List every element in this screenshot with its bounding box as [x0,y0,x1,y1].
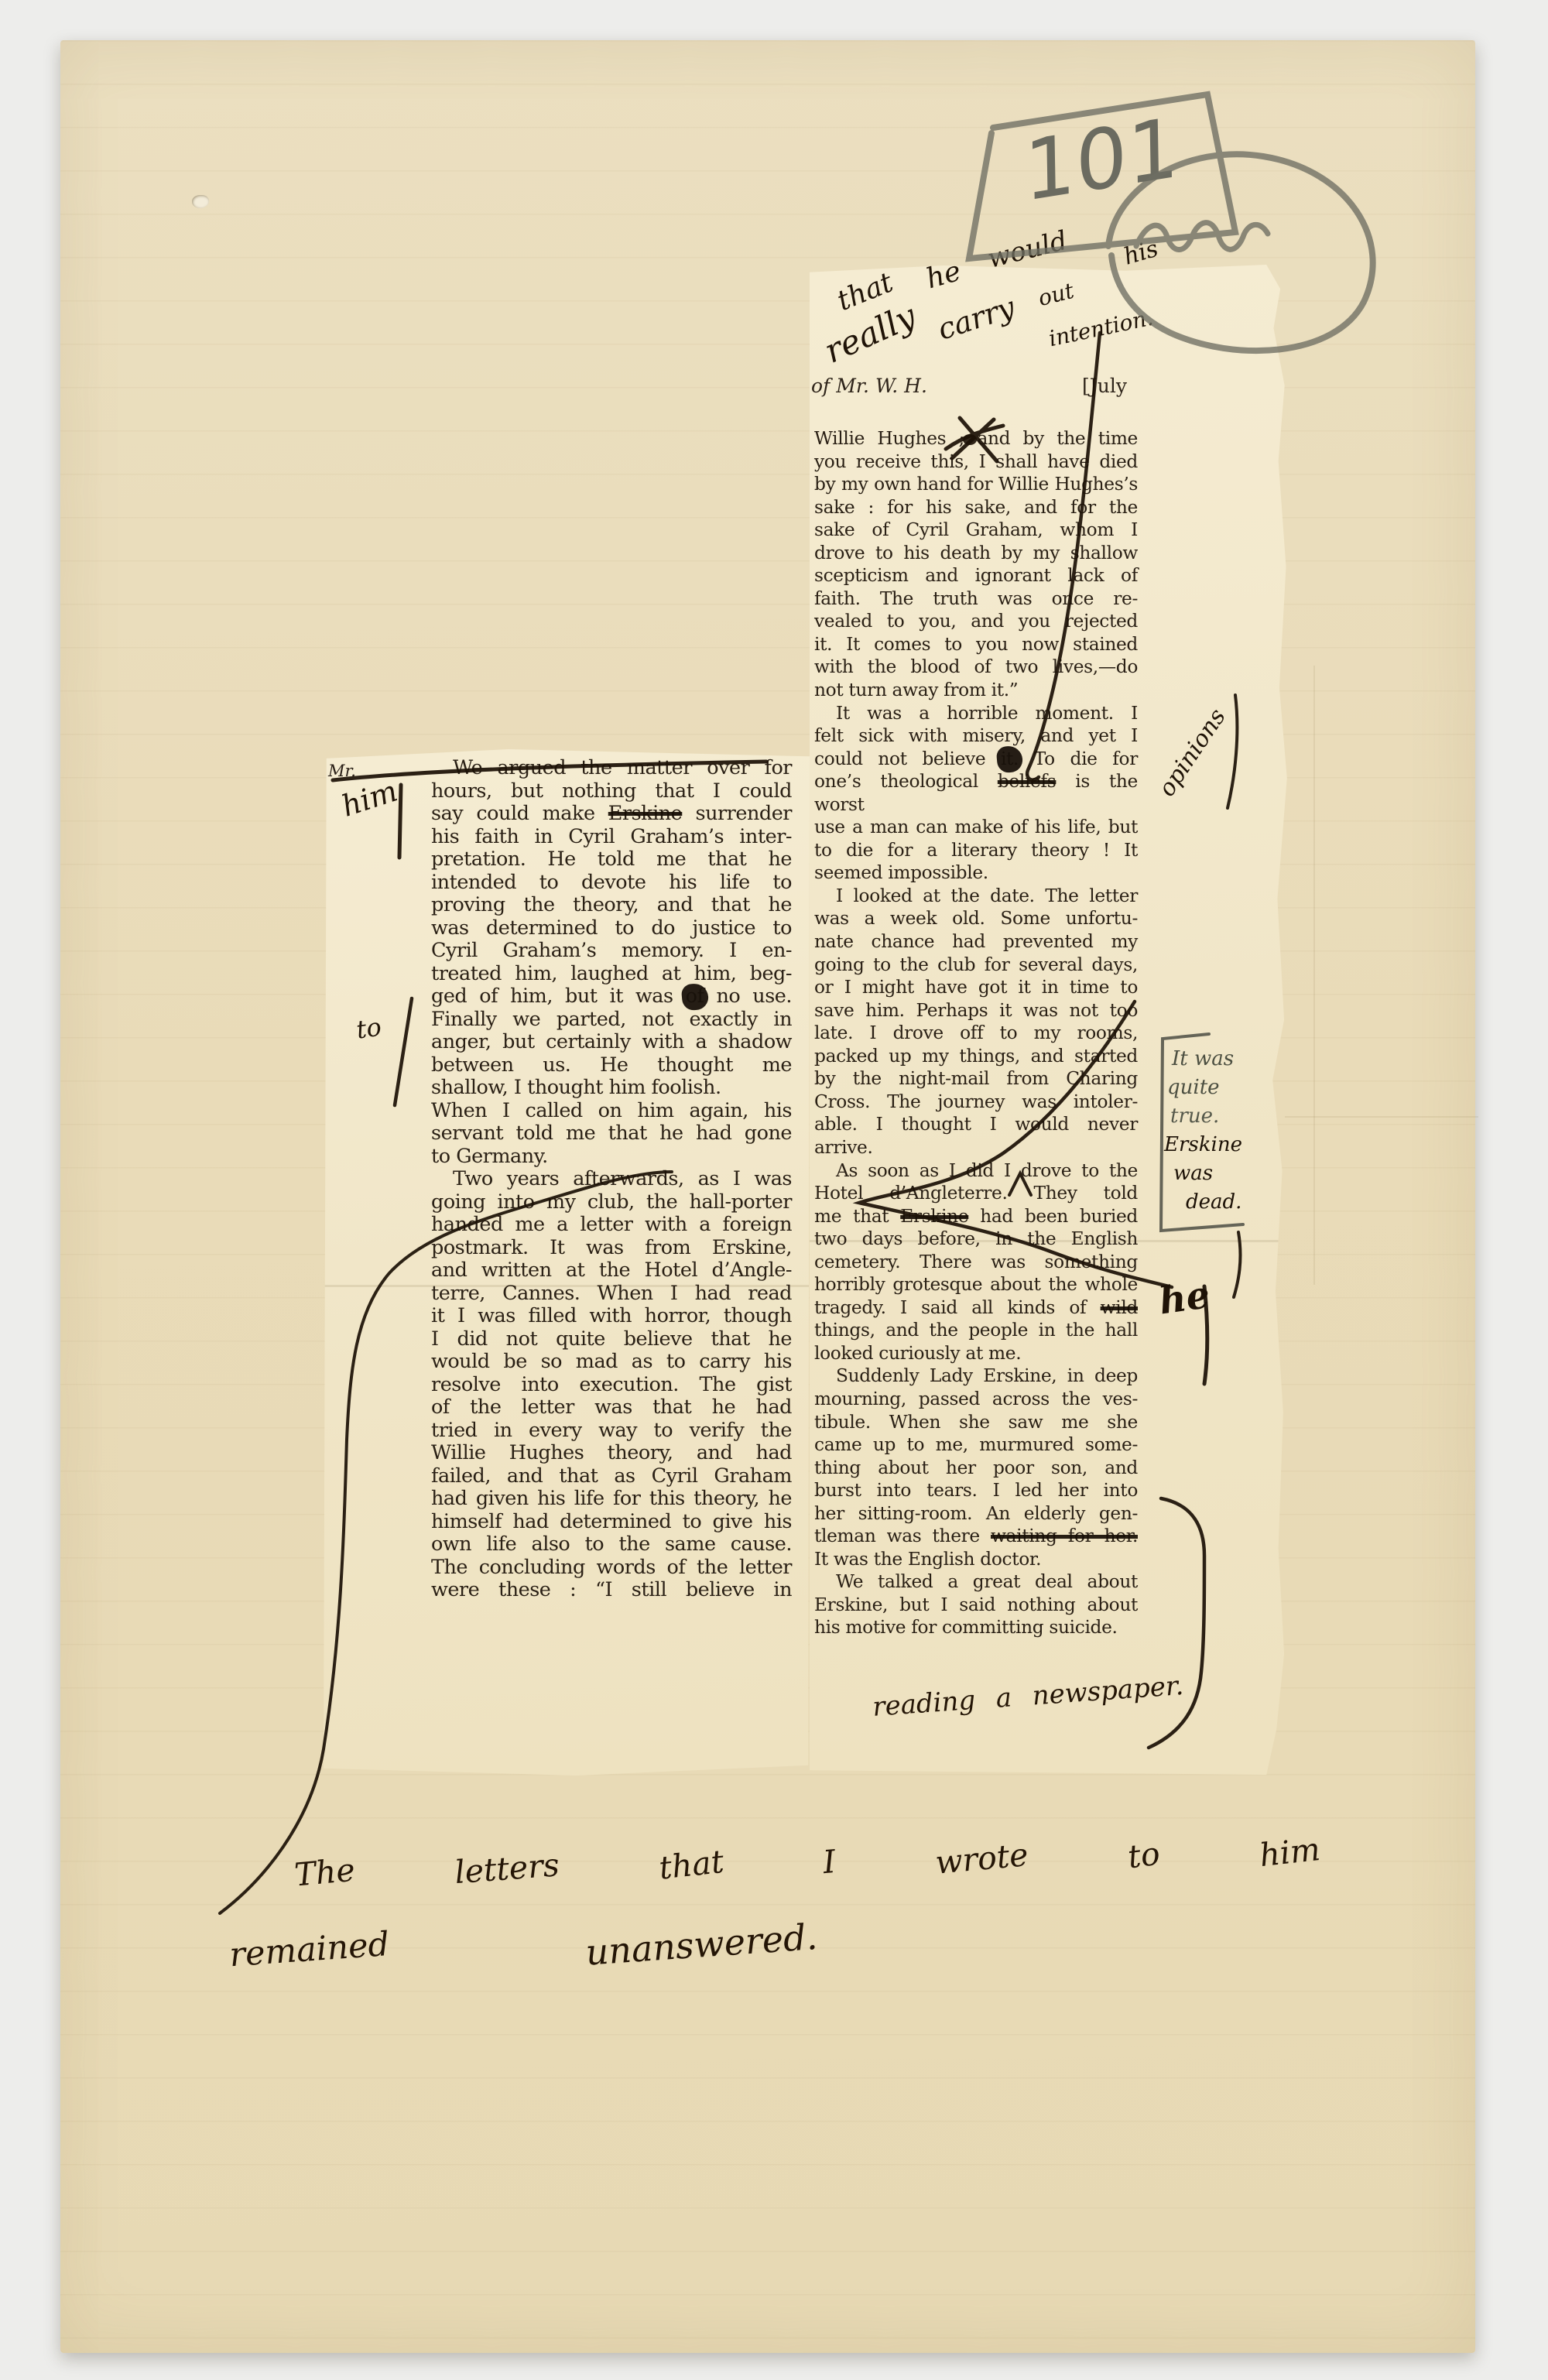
print-line: tibule. When she saw me she [814,1411,1138,1434]
printed-column-right: Willie Hughes ; and by the timeyou recei… [814,427,1138,1639]
print-line: his faith in Cyril Graham’s inter- [431,826,792,849]
print-line: going to the club for several days, [814,954,1138,977]
running-head-title: of Mr. W. H. [811,375,927,397]
margin-note-to: to [354,1012,383,1045]
print-line: her sitting-room. An elderly gen- [814,1502,1138,1526]
print-line: tleman was there waiting for her. [814,1525,1138,1548]
print-line: thing about her poor son, and [814,1457,1138,1480]
print-line: shallow, I thought him foolish. [431,1077,792,1100]
print-line: postmark. It was from Erskine, [431,1237,792,1260]
print-line: his motive for committing suicide. [814,1616,1138,1639]
struck-print-fragment: Mr. [328,762,356,780]
print-line: between us. He thought me [431,1054,792,1077]
print-line: was determined to do justice to [431,917,792,940]
print-line: able. I thought I would never [814,1113,1138,1136]
margin-note-box-line: was [1173,1159,1266,1188]
print-line: Cyril Graham’s memory. I en- [431,940,792,963]
print-line: felt sick with misery, and yet I [814,724,1138,748]
print-line: sake of Cyril Graham, whom I [814,519,1138,542]
print-line: scepticism and ignorant lack of [814,564,1138,587]
print-line: one’s theological beliefs is the worst [814,770,1138,816]
print-line: not turn away from it.” [814,679,1138,702]
print-line: and written at the Hotel d’Angle- [431,1259,792,1282]
margin-note-box-line: It was [1172,1045,1266,1074]
print-line: cemetery. There was something [814,1251,1138,1274]
print-line: you receive this, I shall have died [814,450,1138,474]
struck-word: Erskine [608,802,683,825]
print-line: hours, but nothing that I could [431,780,792,803]
print-line: It was the English doctor. [814,1548,1138,1571]
crease [1285,1116,1478,1118]
print-line: two days before, in the English [814,1228,1138,1251]
print-line: late. I drove off to my rooms, [814,1022,1138,1045]
print-line: say could make Erskine surrender [431,803,792,826]
print-line: to die for a literary theory ! It [814,839,1138,862]
print-line: It was a horrible moment. I [814,702,1138,725]
print-line: Willie Hughes ; and by the time [814,427,1138,450]
print-line: going into my club, the hall-porter [431,1191,792,1214]
printed-column-left: We argued the matter over forhours, but … [431,757,792,1602]
print-line: Willie Hughes theory, and had [431,1442,792,1465]
print-line: himself had determined to give his [431,1511,792,1534]
manuscript-scan: of Mr. W. H. [July Mr. We argued the mat… [0,0,1548,2380]
print-line: tragedy. I said all kinds of wild [814,1296,1138,1320]
print-line: sake : for his sake, and for the [814,496,1138,519]
print-line: I looked at the date. The letter [814,885,1138,908]
print-line: Cross. The journey was intoler- [814,1091,1138,1114]
blotted-word: it. [1001,748,1019,771]
print-line: handed me a letter with a foreign [431,1214,792,1237]
print-line: faith. The truth was once re- [814,587,1138,611]
print-line: with the blood of two lives,—do [814,656,1138,679]
print-line: arrive. [814,1136,1138,1159]
print-line: looked curiously at me. [814,1342,1138,1365]
print-line: were these : “I still believe in [431,1579,792,1602]
crease [1313,666,1315,1285]
bottom-word: that [657,1843,726,1887]
print-line: had given his life for this theory, he [431,1488,792,1511]
print-line: drove to his death by my shallow [814,542,1138,565]
print-line: could not believe it. To die for [814,748,1138,771]
print-line: mourning, passed across the ves- [814,1388,1138,1411]
print-line: things, and the people in the hall [814,1319,1138,1342]
bottom-word: him [1257,1830,1321,1874]
print-line: nate chance had prevented my [814,930,1138,954]
print-line: The concluding words of the letter [431,1556,792,1580]
print-line: it I was filled with horror, though [431,1305,792,1328]
print-line: own life also to the same cause. [431,1533,792,1556]
print-line: Hotel d’Angleterre. They told [814,1182,1138,1205]
margin-note-box-line: quite [1167,1074,1266,1102]
print-line: ged of him, but it was of no use. [431,985,792,1009]
print-line: anger, but certainly with a shadow [431,1031,792,1054]
struck-word: waiting for her. [991,1526,1138,1546]
print-line: When I called on him again, his [431,1100,792,1123]
bottom-word: remained [228,1925,391,1978]
print-line: We talked a great deal about [814,1570,1138,1594]
running-head-date: [July [1082,375,1127,397]
print-line: me that Erskine had been buried [814,1205,1138,1228]
print-line: terre, Cannes. When I had read [431,1282,792,1306]
print-line: packed up my things, and started [814,1045,1138,1068]
margin-note-box-line: Erskine [1164,1131,1266,1159]
print-line: resolve into execution. The gist [431,1374,792,1397]
print-line: intended to devote his life to [431,872,792,895]
struck-word: wild [1101,1297,1138,1318]
margin-note-box-line: true. [1170,1102,1266,1131]
print-line: pretation. He told me that he [431,848,792,872]
print-line: or I might have got it in time to [814,976,1138,999]
print-line: Two years afterwards, as I was [431,1168,792,1191]
print-line: failed, and that as Cyril Graham [431,1465,792,1488]
print-line: treated him, laughed at him, beg- [431,963,792,986]
print-line: would be so mad as to carry his [431,1351,792,1374]
print-line: I did not quite believe that he [431,1328,792,1351]
print-line: Erskine, but I said nothing about [814,1594,1138,1617]
print-line: was a week old. Some unfortu- [814,907,1138,930]
bottom-word: I [821,1843,837,1881]
margin-note-box-line: dead. [1186,1188,1266,1217]
print-line: seemed impossible. [814,861,1138,885]
struck-word: beliefs [998,771,1057,792]
print-line: by my own hand for Willie Hughes’s [814,473,1138,496]
struck-word: Erskine [900,1206,968,1227]
print-line: Suddenly Lady Erskine, in deep [814,1365,1138,1388]
bottom-word: wrote [933,1836,1029,1882]
bottom-word: letters [454,1846,560,1891]
print-line: it. It comes to you now stained [814,633,1138,656]
print-line: burst into tears. I led her into [814,1479,1138,1502]
print-line: use a man can make of his life, but [814,816,1138,839]
print-line: As soon as I did I drove to the [814,1159,1138,1183]
print-line: We argued the matter over for [431,757,792,780]
print-line: horribly grotesque about the whole [814,1273,1138,1296]
print-line: tried in every way to verify the [431,1419,792,1443]
print-line: came up to me, murmured some- [814,1433,1138,1457]
print-line: to Germany. [431,1145,792,1169]
margin-note-he: he [1156,1273,1213,1324]
margin-note-box: It was quite true. Erskine was dead. [1166,1045,1266,1217]
blotted-word: of [686,985,704,1009]
bottom-word: The [293,1851,356,1894]
print-line: by the night-mail from Charing [814,1067,1138,1091]
print-line: Finally we parted, not exactly in [431,1009,792,1032]
bottom-word: to [1125,1835,1162,1876]
print-line: of the letter was that he had [431,1396,792,1419]
print-line: save him. Perhaps it was not too [814,999,1138,1022]
print-line: proving the theory, and that he [431,894,792,917]
print-line: servant told me that he had gone [431,1122,792,1145]
print-line: vealed to you, and you rejected [814,610,1138,633]
